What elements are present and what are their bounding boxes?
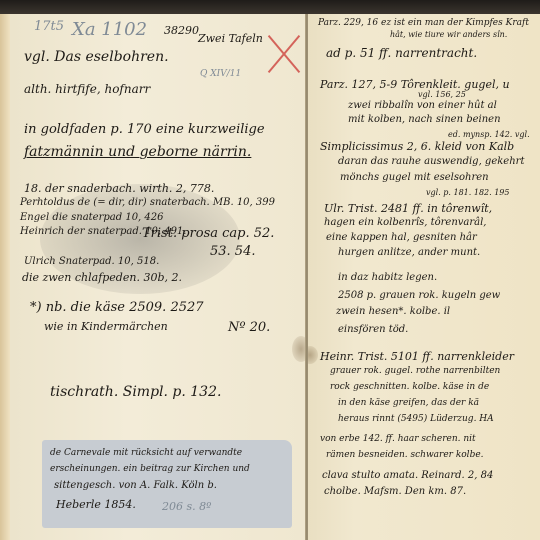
pasted-label-slip: de Carnevale mit rücksicht auf verwandte… [42,440,292,528]
text-line: 2508 p. grauen rok. kugeln gew [338,290,500,301]
text-line: hagen ein kolbenrîs, tôrenvarâl, [324,217,487,228]
text-line: mit kolben, nach sinen beinen [348,114,501,125]
text-line: vgl. Das eselbohren. [24,49,169,65]
text-line: Engel die snaterpad 10, 426 [20,212,164,223]
text-line: von erbe 142. ff. haar scheren. nit [320,434,476,444]
text-line: hurgen anlitze, ander munt. [338,247,480,258]
text-line: Heinr. Trist. 5101 ff. narrenkleider [320,350,514,363]
text-line: daran das rauhe auswendig, gekehrt [338,156,524,167]
text-line: 18. der snaderbach. wirth. 2, 778. [24,182,214,195]
text-line: ed. mynsp. 142. vgl. [448,130,530,139]
text-line: eine kappen hal, gesniten hâr [326,232,477,243]
pencil-number: 17t5 [34,19,64,34]
shelfmark: Xa 1102 [72,19,147,40]
text-line: *) nb. die käse 2509. 2527 [30,300,204,315]
margin-note: 53. 54. [210,244,255,259]
label-line: Heberle 1854. [56,498,136,511]
text-line: die zwen chlafpeden. 30b, 2. [22,271,182,284]
book-edge [0,14,10,540]
label-line: erscheinungen. ein beitrag zur Kirchen u… [50,464,250,474]
text-line: zwei ribbalîn von einer hût al [348,100,497,111]
paper-stain [292,336,306,362]
text-line: vgl. p. 181. 182. 195 [426,188,509,197]
text-line: Perhtoldus de (= dir, dir) snaterbach. M… [20,197,275,208]
red-x-mark [266,32,302,76]
text-line: hât, wie tiure wir anders sîn. [390,30,507,39]
text-line: clava stulto amata. Reinard. 2, 84 [322,470,493,481]
label-line: de Carnevale mit rücksicht auf verwandte [50,448,242,458]
text-line: Nº 20. [228,320,270,335]
text-line: alth. hirtfife, hofnarr [24,82,150,96]
text-line: in goldfaden p. 170 eine kurzweilige [24,122,265,137]
text-line: einsfören töd. [338,324,408,335]
right-page: Parz. 229, 16 ez ist ein man der Kimpfes… [308,14,540,540]
text-line: zwein hesen*. kolbe. il [336,306,450,317]
text-line: in daz habitz legen. [338,272,437,283]
text-line: grauer rok. gugel. rothe narrenbilten [330,366,500,376]
margin-note: Trist. prosa cap. 52. [142,226,274,241]
text-line: rock geschnitten. kolbe. käse in de [330,382,489,392]
text-line: Ulrich Snaterpad. 10, 518. [24,256,159,267]
pencil-ref: Q XIV/11 [200,69,241,79]
text-line: fatzmännin und geborne närrin. [24,144,251,160]
text-line: wie in Kindermärchen [44,320,168,333]
text-line: vgl. 156, 25 [418,90,466,99]
plates-note: Zwei Tafeln [198,32,263,45]
text-line: Parz. 229, 16 ez ist ein man der Kimpfes… [318,18,529,28]
text-line: mönchs gugel mit eselsohren [340,172,489,183]
book-top-edge [0,0,540,14]
paper-stain [308,346,318,364]
label-line: sittengesch. von A. Falk. Köln b. [54,480,217,491]
text-line: rämen besneiden. schwarer kolbe. [326,450,484,460]
text-line: in den käse greifen, das der kä [338,398,479,408]
text-line: heraus rinnt (5495) Lüderzug. HA [338,414,494,424]
text-line: Ulr. Trist. 2481 ff. in tôrenwît, [324,202,492,215]
text-line: tischrath. Simpl. p. 132. [50,384,221,400]
text-line: Parz. 127, 5-9 Tôrenkleit. gugel, u [320,78,510,91]
text-line: ad p. 51 ff. narrentracht. [326,46,477,60]
catalog-number: 38290 [164,24,199,37]
label-line: 206 s. 8º [162,500,211,513]
text-line: Simplicissimus 2, 6. kleid von Kalb [320,140,514,153]
text-line: cholbe. Mafsm. Den km. 87. [324,486,466,497]
